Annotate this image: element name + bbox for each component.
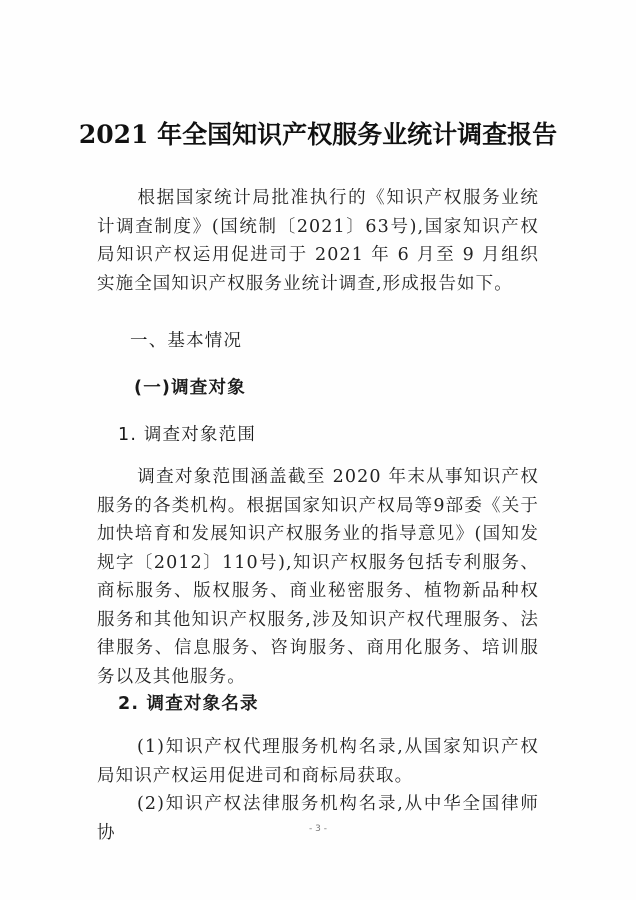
section-heading-basic-info: 一、基本情况 <box>130 327 242 352</box>
directory-paragraph-1: (1)知识产权代理服务机构名录,从国家知识产权局知识产权运用促进司和商标局获取。 <box>97 733 539 790</box>
intro-paragraph: 根据国家统计局批准执行的《知识产权服务业统计调查制度》(国统制〔2021〕63号… <box>97 184 539 298</box>
survey-scope-text: 调查对象范围涵盖截至 2020 年末从事知识产权服务的各类机构。根据国家知识产权… <box>97 467 539 687</box>
item-heading-survey-directory: 2. 调查对象名录 <box>118 690 259 715</box>
subsection-heading-survey-target: (一)调查对象 <box>134 374 246 399</box>
document-page: 2021 年全国知识产权服务业统计调查报告 根据国家统计局批准执行的《知识产权服… <box>0 0 636 900</box>
directory-text-2: (2)知识产权法律服务机构名录,从中华全国律师协 <box>97 794 539 843</box>
directory-paragraph-2: (2)知识产权法律服务机构名录,从中华全国律师协 <box>97 790 539 847</box>
item-heading-survey-scope: 1. 调查对象范围 <box>118 421 256 446</box>
page-number: - 3 - <box>0 824 636 834</box>
intro-text: 根据国家统计局批准执行的《知识产权服务业统计调查制度》(国统制〔2021〕63号… <box>97 188 539 294</box>
survey-scope-paragraph: 调查对象范围涵盖截至 2020 年末从事知识产权服务的各类机构。根据国家知识产权… <box>97 463 539 691</box>
document-title: 2021 年全国知识产权服务业统计调查报告 <box>0 115 636 151</box>
directory-text-1: (1)知识产权代理服务机构名录,从国家知识产权局知识产权运用促进司和商标局获取。 <box>97 737 539 786</box>
